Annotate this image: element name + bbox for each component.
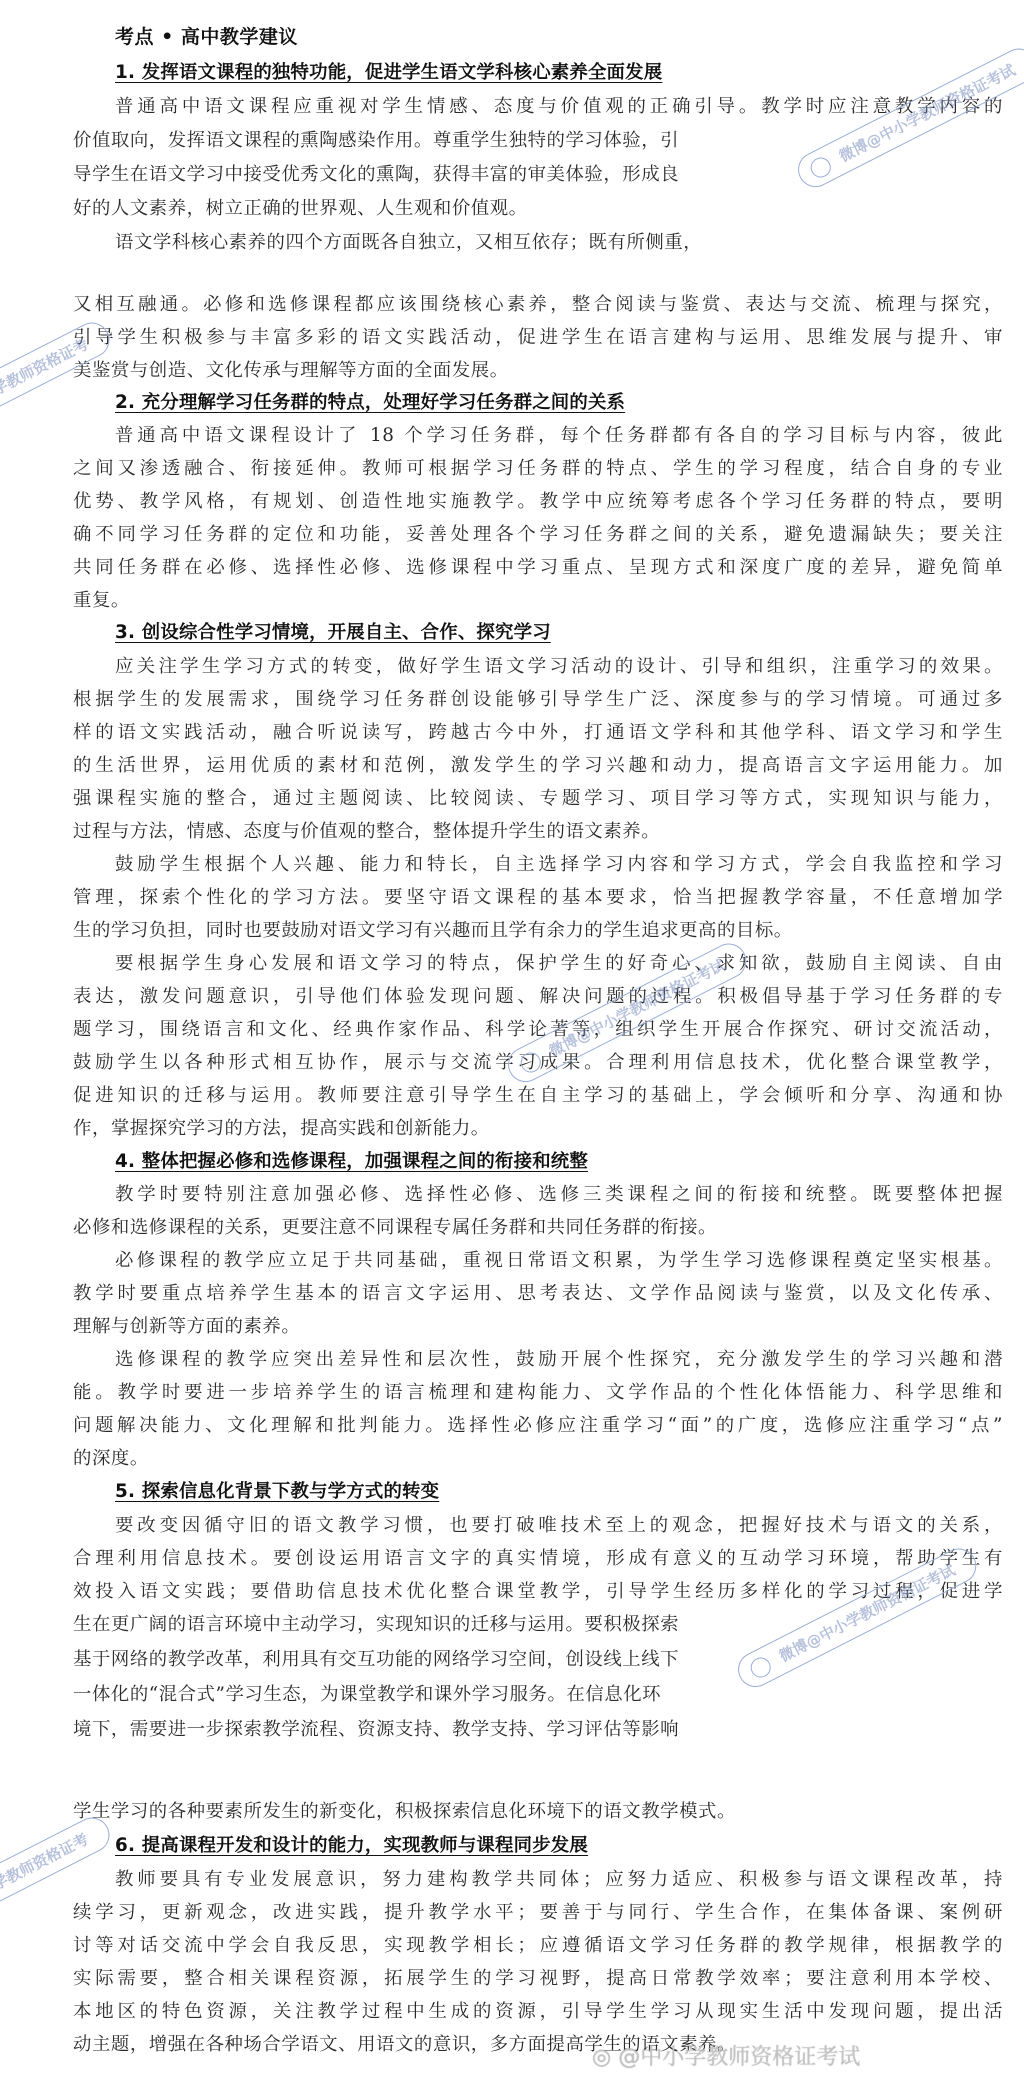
paragraph-line: 语文学科核心素养的四个方面既各自独立，又相互依存；既有所侧重， xyxy=(115,231,702,255)
search-icon xyxy=(807,154,834,181)
paragraph-line: 生的学习负担，同时也要鼓励对语文学习有兴趣而且学有余力的学生追求更高的目标。 xyxy=(73,919,793,943)
paragraph-line: 续学习，更新观念，改进实践，提升教学水平；要善于与同行、学生合作，在集体备课、案… xyxy=(73,1901,1003,1925)
paragraph-line: 样的语文实践活动，融合听说读写，跨越古今中外，打通语文学科和其他学科、语文学习和… xyxy=(73,721,1003,745)
paragraph-line: 生在更广阔的语言环境中主动学习，实现知识的迁移与运用。要积极探索 xyxy=(73,1613,679,1637)
paragraph-line: 价值取向，发挥语文课程的熏陶感染作用。尊重学生独特的学习体验，引 xyxy=(73,129,679,153)
paragraph-line: 表达，激发问题意识，引导他们体验发现问题、解决问题的过程。积极倡导基于学习任务群… xyxy=(73,985,1003,1009)
paragraph-line: 应关注学生学习方式的转变，做好学生语文学习活动的设计、引导和组织，注重学习的效果… xyxy=(115,655,1003,679)
watermark-text: 小学教师资格证考 xyxy=(0,1830,91,1901)
paragraph-line: 要改变因循守旧的语文教学习惯，也要打破唯技术至上的观念，把握好技术与语文的关系， xyxy=(115,1514,1003,1538)
paragraph-line: 共同任务群在必修、选择性必修、选修课程中学习重点、呈现方式和深度广度的差异，避免… xyxy=(73,556,1003,580)
paragraph-line: 一体化的“混合式”学习生态，为课堂教学和课外学习服务。在信息化环 xyxy=(73,1683,661,1707)
paragraph-line: 鼓励学生根据个人兴趣、能力和特长，自主选择学习内容和学习方式，学会自我监控和学习 xyxy=(115,853,1003,877)
paragraph-line: 导学生在语文学习中接受优秀文化的熏陶，获得丰富的审美体验，形成良 xyxy=(73,163,679,187)
paragraph-line: 作，掌握探究学习的方法，提高实践和创新能力。 xyxy=(73,1117,490,1141)
footer-watermark: ◎ @中小学教师资格证考试 xyxy=(592,2040,860,2071)
search-icon xyxy=(747,1654,774,1681)
paragraph-line: 管理，探索个性化的学习方法。要坚守语文课程的基本要求，恰当把握教学容量，不任意增… xyxy=(73,886,1003,910)
search-icon xyxy=(517,1049,544,1076)
paragraph-line: 之间又渗透融合、衔接延伸。教师可根据学习任务群的特点、学生的学习程度，结合自身的… xyxy=(73,457,1003,481)
paragraph-line: 必修课程的教学应立足于共同基础，重视日常语文积累，为学生学习选修课程奠定坚实根基… xyxy=(115,1249,1003,1273)
paragraph-line: 要根据学生身心发展和语文学习的特点，保护学生的好奇心、求知欲，鼓励自主阅读、自由 xyxy=(115,952,1003,976)
paragraph-line: 美鉴赏与创造、文化传承与理解等方面的全面发展。 xyxy=(73,359,509,383)
paragraph-line: 实际需要，整合相关课程资源，拓展学生的学习视野，提高日常教学效率；要注意利用本学… xyxy=(73,1967,1003,1991)
paragraph-line: 促进知识的迁移与运用。教师要注意引导学生在自主学习的基础上，学会倾听和分享、沟通… xyxy=(73,1084,1003,1108)
paragraph-line: 普通高中语文课程应重视对学生情感、态度与价值观的正确引导。教学时应注意教学内容的 xyxy=(115,95,1003,119)
paragraph-line: 的生活世界，运用优质的素材和范例，激发学生的学习兴趣和动力，提高语言文字运用能力… xyxy=(73,754,1003,778)
paragraph-line: 讨等对话交流中学会自我反思，实现教学相长；应遵循语文学习任务群的教学规律，根据教… xyxy=(73,1934,1003,1958)
paragraph-line: 选修课程的教学应突出差异性和层次性，鼓励开展个性探究，充分激发学生的学习兴趣和潜 xyxy=(115,1348,1003,1372)
paragraph-line: 基于网络的教学改革，利用具有交互功能的网络学习空间，创设线上线下 xyxy=(73,1648,679,1672)
section-5-heading: 5. 探索信息化背景下教与学方式的转变 xyxy=(115,1480,439,1504)
document-title: 考点 • 高中教学建议 xyxy=(115,25,298,49)
paragraph-line: 确不同学习任务群的定位和功能，妥善处理各个学习任务群之间的关系，避免遗漏缺失；要… xyxy=(73,523,1003,547)
weibo-icon: ◎ xyxy=(592,2045,611,2070)
paragraph-line: 合理利用信息技术。要创设运用语言文字的真实情境，形成有意义的互动学习环境，帮助学… xyxy=(73,1547,1003,1571)
paragraph-line: 教学时要重点培养学生基本的语言文字运用、思考表达、文学作品阅读与鉴赏，以及文化传… xyxy=(73,1282,1003,1306)
section-4-heading: 4. 整体把握必修和选修课程，加强课程之间的衔接和统整 xyxy=(115,1150,588,1174)
paragraph-line: 问题解决能力、文化理解和批判能力。选择性必修应注重学习“面”的广度，选修应注重学… xyxy=(73,1414,1003,1438)
paragraph-line: 教师要具有专业发展意识，努力建构教学共同体；应努力适应、积极参与语文课程改革，持 xyxy=(115,1868,1003,1892)
paragraph-line: 学生学习的各种要素所发生的新变化，积极探索信息化环境下的语文教学模式。 xyxy=(73,1800,736,1824)
section-1-heading: 1. 发挥语文课程的独特功能，促进学生语文学科核心素养全面发展 xyxy=(115,61,662,85)
paragraph-line: 本地区的特色资源，关注教学过程中生成的资源，引导学生学习从现实生活中发现问题，提… xyxy=(73,2000,1003,2024)
watermark-text: 微博@中小学教师资格证考试 xyxy=(776,1561,958,1666)
paragraph-line: 强课程实施的整合，通过主题阅读、比较阅读、专题学习、项目学习等方式，实现知识与能… xyxy=(73,787,1003,811)
paragraph-line: 的深度。 xyxy=(73,1447,149,1471)
section-2-heading: 2. 充分理解学习任务群的特点，处理好学习任务群之间的关系 xyxy=(115,391,625,415)
paragraph-line: 优势、教学风格，有规划、创造性地实施教学。教学中应统筹考虑各个学习任务群的特点，… xyxy=(73,490,1003,514)
paragraph-line: 引导学生积极参与丰富多彩的语文实践活动，促进学生在语言建构与运用、思维发展与提升… xyxy=(73,326,1003,350)
paragraph-line: 教学时要特别注意加强必修、选择性必修、选修三类课程之间的衔接和统整。既要整体把握 xyxy=(115,1183,1003,1207)
paragraph-line: 好的人文素养，树立正确的世界观、人生观和价值观。 xyxy=(73,197,528,221)
footer-watermark-text: @中小学教师资格证考试 xyxy=(618,2045,860,2070)
paragraph-line: 根据学生的发展需求，围绕学习任务群创设能够引导学生广泛、深度参与的学习情境。可通… xyxy=(73,688,1003,712)
paragraph-line: 能。教学时要进一步培养学生的语言梳理和建构能力、文学作品的个性化体悟能力、科学思… xyxy=(73,1381,1003,1405)
paragraph-line: 理解与创新等方面的素养。 xyxy=(73,1315,300,1339)
paragraph-line: 又相互融通。必修和选修课程都应该围绕核心素养，整合阅读与鉴赏、表达与交流、梳理与… xyxy=(73,293,1003,317)
paragraph-line: 必修和选修课程的关系，更要注意不同课程专属任务群和共同任务群的衔接。 xyxy=(73,1216,717,1240)
paragraph-line: 重复。 xyxy=(73,589,130,613)
paragraph-line: 过程与方法，情感、态度与价值观的整合，整体提升学生的语文素养。 xyxy=(73,820,660,844)
paragraph-line: 普通高中语文课程设计了 18 个学习任务群，每个任务群都有各自的学习目标与内容，… xyxy=(115,424,1003,448)
paragraph-line: 境下，需要进一步探索教学流程、资源支持、教学支持、学习评估等影响 xyxy=(73,1718,679,1742)
document-page: 考点 • 高中教学建议 1. 发挥语文课程的独特功能，促进学生语文学科核心素养全… xyxy=(0,0,1024,2078)
section-3-heading: 3. 创设综合性学习情境，开展自主、合作、探究学习 xyxy=(115,621,551,645)
section-6-heading: 6. 提高课程开发和设计的能力，实现教师与课程同步发展 xyxy=(115,1834,588,1858)
